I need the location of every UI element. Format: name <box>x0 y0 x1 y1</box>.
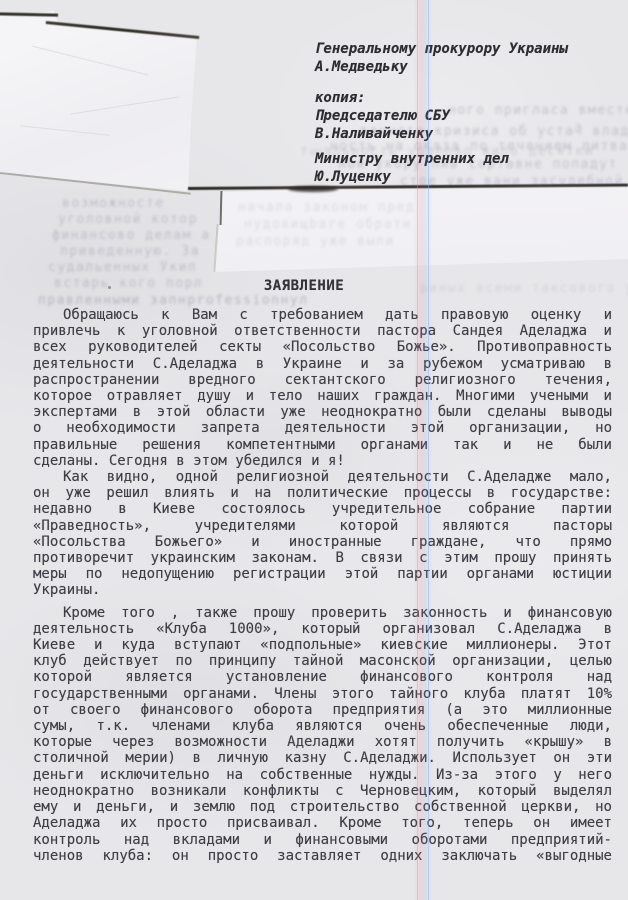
recipient-line: Генеральному прокурору Украины <box>315 40 568 58</box>
recipient-line: Министру внутренних дел <box>315 150 568 168</box>
text-line: противоречит украинским законам. В связи… <box>33 550 612 566</box>
text-line: о необходимости запрета деятельности это… <box>33 420 612 436</box>
text-line: «Праведность», учредителями которой явля… <box>33 518 612 534</box>
paragraph-2: Как видно, одной религиозной деятельност… <box>33 469 612 599</box>
text-line: экспертами в этой области уже неоднократ… <box>33 404 612 420</box>
text-line: членов клуба: он просто заставляет одних… <box>33 848 612 864</box>
text-line: неоднократно возникали конфликты с Черно… <box>33 783 612 799</box>
scanned-document-page: ного пригласа вместе котор ванного кризи… <box>0 0 628 900</box>
recipient-line: Председателю СБУ <box>315 107 568 125</box>
bleedthrough-text: распоряд уже выли <box>236 234 395 249</box>
text-line: столичной мерии) в личную казну С.Аделад… <box>33 750 612 766</box>
text-line: Киеве и куда вступают «подпольные» киевс… <box>33 637 612 653</box>
text-line: которой является установление финансовог… <box>33 669 612 685</box>
recipient-line: В.Наливайченку <box>315 125 568 143</box>
text-line: Как видно, одной религиозной деятельност… <box>33 469 612 485</box>
bleedthrough-text: возможносте <box>62 196 165 211</box>
text-line: деятельность «Клуба 1000», который орган… <box>33 621 612 637</box>
text-line: Аделаджа их просто присваивал. Кроме тог… <box>33 815 612 831</box>
text-line: он уже решил влиять и на политические пр… <box>33 485 612 501</box>
document-title: ЗАЯВЛЕНИЕ <box>0 278 618 294</box>
text-line: которые через возможности Аделаджи хотят… <box>33 734 612 750</box>
paragraph-1: Обращаюсь к Вам с требованием дать право… <box>33 307 612 469</box>
text-line: недавно в Киеве состоялось учредительное… <box>33 501 612 517</box>
text-line: всех руководителей секты «Посольство Бож… <box>33 339 612 355</box>
bleedthrough-text: судальенных Укип <box>48 260 197 275</box>
text-line: ему и деньги, и землю под строительство … <box>33 799 612 815</box>
text-line: «Посольства Божьего» и иностранные гражд… <box>33 534 612 550</box>
text-line: сумы, т.к. членами клуба являются очень … <box>33 718 612 734</box>
recipient-prosecutor: Генеральному прокурору Украины А.Медведь… <box>315 40 568 76</box>
bleedthrough-text: правленными запнprofessionнул <box>38 293 308 308</box>
text-line: Обращаюсь к Вам с требованием дать право… <box>33 307 612 323</box>
recipient-line: Ю.Луценку <box>315 168 568 186</box>
text-line: которое отравляет душу и тело наших граж… <box>33 388 612 404</box>
text-line: привлечь к уголовной ответственности пас… <box>33 323 612 339</box>
bleedthrough-text: уголовной котор <box>58 212 198 227</box>
text-line: правильные решения компетентными органам… <box>33 437 612 453</box>
text-line: Украины. <box>33 582 612 598</box>
text-line: меры по недопущению регистрации этой пар… <box>33 566 612 582</box>
bleedthrough-text: начала законом пред <box>238 200 415 215</box>
recipient-copy-sbu: копия: Председателю СБУ В.Наливайченку <box>315 89 568 143</box>
text-line: деятельности С.Аделаджа в Украине и за р… <box>33 356 612 372</box>
recipient-line: А.Медведьку <box>315 58 568 76</box>
text-line: сделаны. Сегодня в этом убедился и я! <box>33 453 612 469</box>
text-line: государственными органами. Члены этого т… <box>33 686 612 702</box>
bleedthrough-text: финансово делам а <box>52 228 211 243</box>
text-line: от своего финансового оборота предприяти… <box>33 702 612 718</box>
text-line: распространении вредного сектантского ре… <box>33 372 612 388</box>
copy-label: копия: <box>315 89 568 107</box>
text-line: контроль над вкладами и финансовыми обор… <box>33 832 612 848</box>
text-line: клуб действует по принципу тайной масонс… <box>33 653 612 669</box>
recipients-block: Генеральному прокурору Украины А.Медведь… <box>315 40 568 199</box>
paragraph-3: Кроме того , также прошу проверить закон… <box>33 605 612 864</box>
text-line: деньги исключительно на собственные нужд… <box>33 767 612 783</box>
bleedthrough-text: нудовищbarе обрати <box>244 217 412 232</box>
text-line: Кроме того , также прошу проверить закон… <box>33 605 612 621</box>
recipient-minister: Министру внутренних дел Ю.Луценку <box>315 150 568 186</box>
bleedthrough-text: приведенную. За <box>60 244 200 259</box>
document-body: Обращаюсь к Вам с требованием дать право… <box>33 307 612 864</box>
